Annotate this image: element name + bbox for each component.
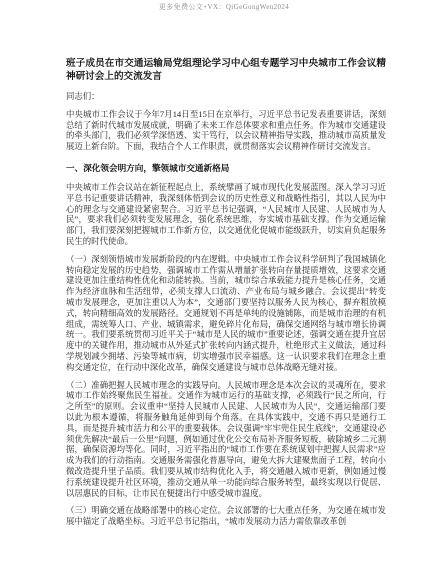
document-page: 更多免费公文+VX：QiGeGongWen2024 班子成员在市交通运输局党组理…: [0, 0, 448, 580]
section-1-item-2-paragraph: （二）准确把握人民城市理念的实践导向。人民城市理念是本次会议的灵魂所在，要求城市…: [66, 381, 386, 500]
section-1-item-1-paragraph: （一）深刻领悟城市发展新阶段的内在逻辑。中央城市工作会议科学研判了我国城镇化转向…: [66, 255, 386, 374]
section-1-heading: 一、深化领会明方向，擎领城市交通新格局: [66, 163, 386, 174]
section-1-lead-paragraph: 中央城市工作会议站在新征程起点上，系统擘画了城市现代化发展蓝图。深入学习习近平总…: [66, 183, 386, 248]
document-content: 班子成员在市交通运输局党组理论学习中心组专题学习中央城市工作会议精神研讨会上的交…: [66, 57, 386, 535]
salutation: 同志们：: [66, 92, 386, 103]
document-title: 班子成员在市交通运输局党组理论学习中心组专题学习中央城市工作会议精神研讨会上的交…: [66, 57, 386, 83]
watermark-text: 更多免费公文+VX：QiGeGongWen2024: [0, 3, 448, 12]
section-1-item-3-paragraph: （三）明确交通在战略部署中的核心定位。会议部署的七大重点任务，为交通在城市发展中…: [66, 506, 386, 528]
intro-paragraph: 中央城市工作会议于今年7月14日至15日在京举行，习近平总书记发表重要讲话，深刻…: [66, 110, 386, 153]
